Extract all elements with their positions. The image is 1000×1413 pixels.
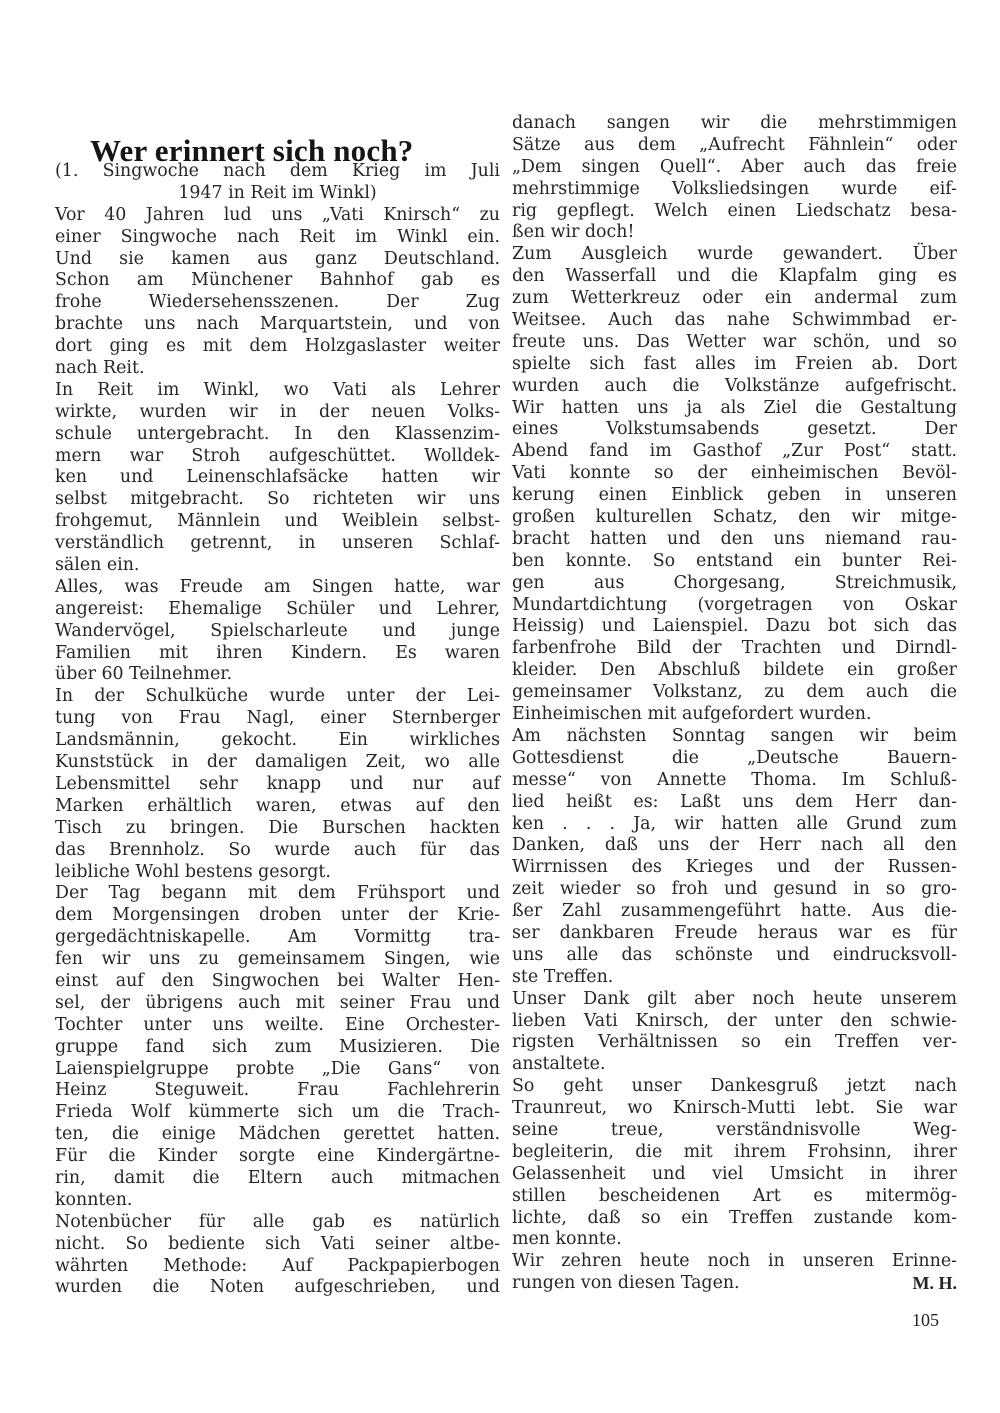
author-signature: M. H. (913, 1273, 958, 1295)
text-line: Kunststück in der damaligen Zeit, wo all… (55, 752, 500, 774)
text-line: seine treue, verständnisvolle Weg- (512, 1120, 957, 1142)
text-line: begleiterin, die mit ihrem Frohsinn, ihr… (512, 1142, 957, 1164)
text-line-content: In der Schulküche wurde unter der Lei- (55, 686, 500, 706)
text-line: sälen ein. (55, 555, 500, 577)
text-line: Wandervögel, Spielscharleute und junge (55, 621, 500, 643)
text-line-content: dort ging es mit dem Holzgaslaster weite… (55, 336, 500, 356)
text-line: einst auf den Singwochen bei Walter Hen- (55, 971, 500, 993)
text-line-content: Danken, daß uns der Herr nach all den (512, 835, 957, 855)
text-line: währten Methode: Auf Packpapierbogen (55, 1256, 500, 1278)
text-line-content: schule untergebracht. In den Klassenzim- (55, 424, 500, 444)
text-line: rigsten Verhältnissen so ein Treffen ver… (512, 1032, 957, 1054)
text-line: konnten. (55, 1190, 500, 1212)
text-line: „Dem singen Quell“. Aber auch das freie (512, 157, 957, 179)
text-line-content: über 60 Teilnehmer. (55, 664, 232, 684)
text-line: farbenfrohe Bild der Trachten und Dirndl… (512, 638, 957, 660)
text-line-content: zeit wieder so froh und gesund in so gro… (512, 879, 957, 899)
text-line: selbst mitgebracht. So richteten wir uns (55, 489, 500, 511)
text-line-content: währten Methode: Auf Packpapierbogen (55, 1256, 500, 1276)
text-line: 1947 in Reit im Winkl) (55, 183, 500, 205)
text-line: In der Schulküche wurde unter der Lei- (55, 686, 500, 708)
text-line-content: gergedächtniskapelle. Am Vormittg tra- (55, 927, 500, 947)
text-line-content: brachte uns nach Marquartstein, und von (55, 314, 500, 334)
text-line: sel, der übrigens auch mit seiner Frau u… (55, 993, 500, 1015)
text-line-content: Einheimischen mit aufgefordert wurden. (512, 704, 871, 724)
text-line: fen wir uns zu gemeinsamem Singen, wie (55, 949, 500, 971)
text-line: eines Volkstumsabends gesetzt. Der (512, 419, 957, 441)
text-line: ser dankbaren Freude heraus war es für (512, 923, 957, 945)
text-line: Einheimischen mit aufgefordert wurden. (512, 704, 957, 726)
text-line: gergedächtniskapelle. Am Vormittg tra- (55, 927, 500, 949)
text-line-content: Marken erhältlich waren, etwas auf den (55, 796, 500, 816)
text-line: lichte, daß so ein Treffen zustande kom- (512, 1208, 957, 1230)
right-column: danach sangen wir die mehrstimmigenSätze… (512, 113, 957, 1295)
text-line-content: Traunreut, wo Knirsch-Mutti lebt. Sie wa… (512, 1098, 957, 1118)
text-line: brachte uns nach Marquartstein, und von (55, 314, 500, 336)
text-line-content: (1. Singwoche nach dem Krieg im Juli (55, 161, 500, 181)
text-line-content: ßer Zahl zusammengeführt hatte. Aus die- (512, 901, 957, 921)
text-line: Der Tag begann mit dem Frühsport und (55, 883, 500, 905)
text-line-content: zum Wetterkreuz oder ein andermal zum (512, 288, 957, 308)
text-line: rin, damit die Eltern auch mitmachen (55, 1168, 500, 1190)
text-line: Vor 40 Jahren lud uns „Vati Knirsch“ zu (55, 205, 500, 227)
text-line: frohe Wiedersehensszenen. Der Zug (55, 292, 500, 314)
text-line-content: angereist: Ehemalige Schüler und Lehrer, (55, 599, 500, 619)
text-line-content: anstaltete. (512, 1054, 606, 1074)
text-line-content: freute uns. Das Wetter war schön, und so (512, 332, 957, 352)
text-line: Vati konnte so der einheimischen Bevöl- (512, 463, 957, 485)
text-line-content: frohgemut, Männlein und Weiblein selbst- (55, 511, 500, 531)
text-line-content: wirkte, wurden wir in der neuen Volks- (55, 402, 500, 422)
text-line-content: Weitsee. Auch das nahe Schwimmbad er- (512, 310, 957, 330)
text-line: wirkte, wurden wir in der neuen Volks- (55, 402, 500, 424)
text-line-content: mehrstimmige Volksliedsingen wurde eif- (512, 179, 957, 199)
text-line-content: ken . . . Ja, wir hatten alle Grund zum (512, 814, 957, 834)
text-line: nicht. So bediente sich Vati seiner altb… (55, 1234, 500, 1256)
text-line: Danken, daß uns der Herr nach all den (512, 835, 957, 857)
text-line: angereist: Ehemalige Schüler und Lehrer, (55, 599, 500, 621)
text-line-content: Landsmännin, gekocht. Ein wirkliches (55, 730, 500, 750)
text-line-content: eines Volkstumsabends gesetzt. Der (512, 419, 957, 439)
text-line-content: dem Morgensingen droben unter der Krie- (55, 905, 500, 925)
text-line-content: sälen ein. (55, 555, 139, 575)
text-line-content: Wirrnissen des Krieges und der Russen- (512, 857, 957, 877)
text-line-content: leibliche Wohl bestens gesorgt. (55, 862, 331, 882)
text-line-content: 1947 in Reit im Winkl) (178, 183, 376, 203)
text-line-content: gemeinsamer Volkstanz, zu dem auch die (512, 682, 957, 702)
text-line: wurden auch die Volkstänze aufgefrischt. (512, 376, 957, 398)
text-line: Unser Dank gilt aber noch heute unserem (512, 989, 957, 1011)
text-line-content: Notenbücher für alle gab es natürlich (55, 1212, 500, 1232)
text-line-content: den Wasserfall und die Klapfalm ging es (512, 266, 957, 286)
text-line: Laienspielgruppe probte „Die Gans“ von (55, 1059, 500, 1081)
text-line-content: bracht hatten und den uns niemand rau- (512, 529, 957, 549)
text-line-content: verständlich getrennt, in unseren Schlaf… (55, 533, 500, 553)
text-line: Marken erhältlich waren, etwas auf den (55, 796, 500, 818)
text-line: Mundartdichtung (vorgetragen von Oskar (512, 595, 957, 617)
text-line: ken und Leinenschlafsäcke hatten wir (55, 467, 500, 489)
text-line: Schon am Münchener Bahnhof gab es (55, 270, 500, 292)
text-line: schule untergebracht. In den Klassenzim- (55, 424, 500, 446)
text-line: Frieda Wolf kümmerte sich um die Trach- (55, 1102, 500, 1124)
text-line: verständlich getrennt, in unseren Schlaf… (55, 533, 500, 555)
text-line: leibliche Wohl bestens gesorgt. (55, 862, 500, 884)
text-line: gemeinsamer Volkstanz, zu dem auch die (512, 682, 957, 704)
text-line-content: mern war Stroh aufgeschüttet. Wolldek- (55, 446, 500, 466)
text-line-content: Heissig) und Laienspiel. Dazu bot sich d… (512, 616, 957, 636)
magazine-page: Wer erinnert sich noch? (1. Singwoche na… (0, 0, 1000, 1413)
text-line: ßer Zahl zusammengeführt hatte. Aus die- (512, 901, 957, 923)
text-line: Tochter unter uns weilte. Eine Orchester… (55, 1015, 500, 1037)
text-line: tung von Frau Nagl, einer Sternberger (55, 708, 500, 730)
text-line-content: das Brennholz. So wurde auch für das (55, 840, 500, 860)
text-line: Sätze aus dem „Aufrecht Fähnlein“ oder (512, 135, 957, 157)
text-line: Traunreut, wo Knirsch-Mutti lebt. Sie wa… (512, 1098, 957, 1120)
text-line-content: ten, die einige Mädchen gerettet hatten. (55, 1124, 500, 1144)
text-line: Weitsee. Auch das nahe Schwimmbad er- (512, 310, 957, 332)
text-line-content: fen wir uns zu gemeinsamem Singen, wie (55, 949, 500, 969)
text-line: gruppe fand sich zum Musizieren. Die (55, 1037, 500, 1059)
text-line-content: einst auf den Singwochen bei Walter Hen- (55, 971, 500, 991)
text-line-content: Wandervögel, Spielscharleute und junge (55, 621, 500, 641)
text-line-content: ken und Leinenschlafsäcke hatten wir (55, 467, 500, 487)
text-line-content: ben konnte. So entstand ein bunter Rei- (512, 551, 957, 571)
text-line: uns alle das schönste und eindrucksvoll- (512, 945, 957, 967)
text-line-content: Und sie kamen aus ganz Deutschland. (55, 249, 500, 269)
text-line-content: einer Singwoche nach Reit im Winkl ein. (55, 227, 500, 247)
text-line: Notenbücher für alle gab es natürlich (55, 1212, 500, 1234)
text-line-content: Laienspielgruppe probte „Die Gans“ von (55, 1059, 500, 1079)
text-line-content: begleiterin, die mit ihrem Frohsinn, ihr… (512, 1142, 957, 1162)
text-line-content: spielte sich fast alles im Freien ab. Do… (512, 354, 957, 374)
text-line: messe“ von Annette Thoma. Im Schluß- (512, 770, 957, 792)
text-line-content: seine treue, verständnisvolle Weg- (512, 1120, 957, 1140)
text-line: Heissig) und Laienspiel. Dazu bot sich d… (512, 616, 957, 638)
text-line: wurden die Noten aufgeschrieben, und (55, 1277, 500, 1299)
text-line-content: Schon am Münchener Bahnhof gab es (55, 270, 500, 290)
text-line: lied heißt es: Laßt uns dem Herr dan- (512, 792, 957, 814)
text-line-content: gruppe fand sich zum Musizieren. Die (55, 1037, 500, 1057)
text-line-content: rigsten Verhältnissen so ein Treffen ver… (512, 1032, 957, 1052)
text-line: über 60 Teilnehmer. (55, 664, 500, 686)
text-line: Landsmännin, gekocht. Ein wirkliches (55, 730, 500, 752)
text-line-content: rungen von diesen Tagen. (512, 1273, 740, 1293)
text-line-content: „Dem singen Quell“. Aber auch das freie (512, 157, 957, 177)
text-line: dem Morgensingen droben unter der Krie- (55, 905, 500, 927)
text-line-content: wurden die Noten aufgeschrieben, und (55, 1277, 500, 1297)
text-line-content: Sätze aus dem „Aufrecht Fähnlein“ oder (512, 135, 957, 155)
text-line: freute uns. Das Wetter war schön, und so (512, 332, 957, 354)
text-line: Gelassenheit und viel Umsicht in ihrer (512, 1164, 957, 1186)
text-line-content: danach sangen wir die mehrstimmigen (512, 113, 957, 133)
text-line: gen aus Chorgesang, Streichmusik, (512, 573, 957, 595)
text-line-content: men konnte. (512, 1229, 622, 1249)
text-line-content: kerung einen Einblick geben in unseren (512, 485, 957, 505)
text-line-content: nicht. So bediente sich Vati seiner altb… (55, 1234, 500, 1254)
text-line: So geht unser Dankesgruß jetzt nach (512, 1076, 957, 1098)
text-line-content: lied heißt es: Laßt uns dem Herr dan- (512, 792, 957, 812)
text-line: Am nächsten Sonntag sangen wir beim (512, 726, 957, 748)
text-line: Wirrnissen des Krieges und der Russen- (512, 857, 957, 879)
text-line-content: Zum Ausgleich wurde gewandert. Über (512, 244, 957, 264)
text-line: anstaltete. (512, 1054, 957, 1076)
text-line-content: messe“ von Annette Thoma. Im Schluß- (512, 770, 957, 790)
page-number: 105 (912, 1310, 939, 1331)
text-line: Tisch zu bringen. Die Burschen hackten (55, 818, 500, 840)
text-line-content: stillen bescheidenen Art es mitermög- (512, 1186, 957, 1206)
text-line-content: Am nächsten Sonntag sangen wir beim (512, 726, 957, 746)
text-line: zum Wetterkreuz oder ein andermal zum (512, 288, 957, 310)
text-line-content: Abend fand im Gasthof „Zur Post“ statt. (512, 441, 957, 461)
text-line-content: ste Treffen. (512, 967, 613, 987)
text-line-content: lieben Vati Knirsch, der unter den schwi… (512, 1011, 957, 1031)
text-line: danach sangen wir die mehrstimmigen (512, 113, 957, 135)
text-line: ten, die einige Mädchen gerettet hatten. (55, 1124, 500, 1146)
text-line-content: ser dankbaren Freude heraus war es für (512, 923, 957, 943)
text-line: Gottesdienst die „Deutsche Bauern- (512, 748, 957, 770)
text-line: mehrstimmige Volksliedsingen wurde eif- (512, 179, 957, 201)
text-line-content: In Reit im Winkl, wo Vati als Lehrer (55, 380, 500, 400)
text-line: frohgemut, Männlein und Weiblein selbst- (55, 511, 500, 533)
text-line: Abend fand im Gasthof „Zur Post“ statt. (512, 441, 957, 463)
text-line: (1. Singwoche nach dem Krieg im Juli (55, 161, 500, 183)
text-line-content: Tochter unter uns weilte. Eine Orchester… (55, 1015, 500, 1035)
text-line-content: rig gepflegt. Welch einen Liedschatz bes… (512, 201, 957, 221)
text-line: Zum Ausgleich wurde gewandert. Über (512, 244, 957, 266)
text-line-content: kleider. Den Abschluß bildete ein großer (512, 660, 957, 680)
text-line-content: Vati konnte so der einheimischen Bevöl- (512, 463, 957, 483)
text-line-content: rin, damit die Eltern auch mitmachen (55, 1168, 500, 1188)
text-line-content: Vor 40 Jahren lud uns „Vati Knirsch“ zu (55, 205, 500, 225)
text-line-content: Unser Dank gilt aber noch heute unserem (512, 989, 957, 1009)
text-line: rig gepflegt. Welch einen Liedschatz bes… (512, 201, 957, 223)
left-column: (1. Singwoche nach dem Krieg im Juli1947… (55, 161, 500, 1299)
text-line: kerung einen Einblick geben in unseren (512, 485, 957, 507)
text-line: spielte sich fast alles im Freien ab. Do… (512, 354, 957, 376)
text-line: Wir zehren heute noch in unseren Erinne- (512, 1251, 957, 1273)
text-line-content: Wir hatten uns ja als Ziel die Gestaltun… (512, 398, 957, 418)
text-line-content: Frieda Wolf kümmerte sich um die Trach- (55, 1102, 500, 1122)
text-line-content: lichte, daß so ein Treffen zustande kom- (512, 1208, 957, 1228)
text-line-content: farbenfrohe Bild der Trachten und Dirndl… (512, 638, 957, 658)
text-line: ben konnte. So entstand ein bunter Rei- (512, 551, 957, 573)
text-line: das Brennholz. So wurde auch für das (55, 840, 500, 862)
text-line: einer Singwoche nach Reit im Winkl ein. (55, 227, 500, 249)
text-line: dort ging es mit dem Holzgaslaster weite… (55, 336, 500, 358)
text-line: zeit wieder so froh und gesund in so gro… (512, 879, 957, 901)
text-line: In Reit im Winkl, wo Vati als Lehrer (55, 380, 500, 402)
text-line: den Wasserfall und die Klapfalm ging es (512, 266, 957, 288)
text-line: nach Reit. (55, 358, 500, 380)
text-line-content: So geht unser Dankesgruß jetzt nach (512, 1076, 957, 1096)
text-line: Lebensmittel sehr knapp und nur auf (55, 774, 500, 796)
text-line-content: Alles, was Freude am Singen hatte, war (55, 577, 500, 597)
text-line-content: Gottesdienst die „Deutsche Bauern- (512, 748, 957, 768)
text-line-content: Heinz Steguweit. Frau Fachlehrerin (55, 1080, 500, 1100)
text-line-content: Wir zehren heute noch in unseren Erinne- (512, 1251, 957, 1271)
text-line-content: wurden auch die Volkstänze aufgefrischt. (512, 376, 957, 396)
text-line-content: Tisch zu bringen. Die Burschen hackten (55, 818, 500, 838)
text-line: großen kulturellen Schatz, den wir mitge… (512, 507, 957, 529)
text-line: Und sie kamen aus ganz Deutschland. (55, 249, 500, 271)
text-line-content: tung von Frau Nagl, einer Sternberger (55, 708, 500, 728)
text-line: ßen wir doch! (512, 222, 957, 244)
text-line-content: Gelassenheit und viel Umsicht in ihrer (512, 1164, 957, 1184)
text-line-content: Für die Kinder sorgte eine Kindergärtne- (55, 1146, 500, 1166)
text-line-content: nach Reit. (55, 358, 145, 378)
text-line: mern war Stroh aufgeschüttet. Wolldek- (55, 446, 500, 468)
text-line: Wir hatten uns ja als Ziel die Gestaltun… (512, 398, 957, 420)
text-line-content: uns alle das schönste und eindrucksvoll- (512, 945, 957, 965)
text-line-content: großen kulturellen Schatz, den wir mitge… (512, 507, 957, 527)
text-line: Für die Kinder sorgte eine Kindergärtne- (55, 1146, 500, 1168)
text-line-content: sel, der übrigens auch mit seiner Frau u… (55, 993, 500, 1013)
text-line: rungen von diesen Tagen.M. H. (512, 1273, 957, 1295)
text-line-content: frohe Wiedersehensszenen. Der Zug (55, 292, 500, 312)
text-line-content: Mundartdichtung (vorgetragen von Oskar (512, 595, 957, 615)
text-line-content: Lebensmittel sehr knapp und nur auf (55, 774, 500, 794)
text-line: men konnte. (512, 1229, 957, 1251)
text-line-content: Familien mit ihren Kindern. Es waren (55, 643, 500, 663)
text-line: Alles, was Freude am Singen hatte, war (55, 577, 500, 599)
text-line: Heinz Steguweit. Frau Fachlehrerin (55, 1080, 500, 1102)
text-line-content: gen aus Chorgesang, Streichmusik, (512, 573, 957, 593)
text-line: lieben Vati Knirsch, der unter den schwi… (512, 1011, 957, 1033)
text-line-content: Kunststück in der damaligen Zeit, wo all… (55, 752, 500, 772)
text-line: Familien mit ihren Kindern. Es waren (55, 643, 500, 665)
text-line-content: ßen wir doch! (512, 222, 634, 242)
text-line: ste Treffen. (512, 967, 957, 989)
text-line: ken . . . Ja, wir hatten alle Grund zum (512, 814, 957, 836)
text-line-content: konnten. (55, 1190, 132, 1210)
text-line: kleider. Den Abschluß bildete ein großer (512, 660, 957, 682)
text-line-content: selbst mitgebracht. So richteten wir uns (55, 489, 500, 509)
text-line: bracht hatten und den uns niemand rau- (512, 529, 957, 551)
text-line-content: Der Tag begann mit dem Frühsport und (55, 883, 500, 903)
text-line: stillen bescheidenen Art es mitermög- (512, 1186, 957, 1208)
